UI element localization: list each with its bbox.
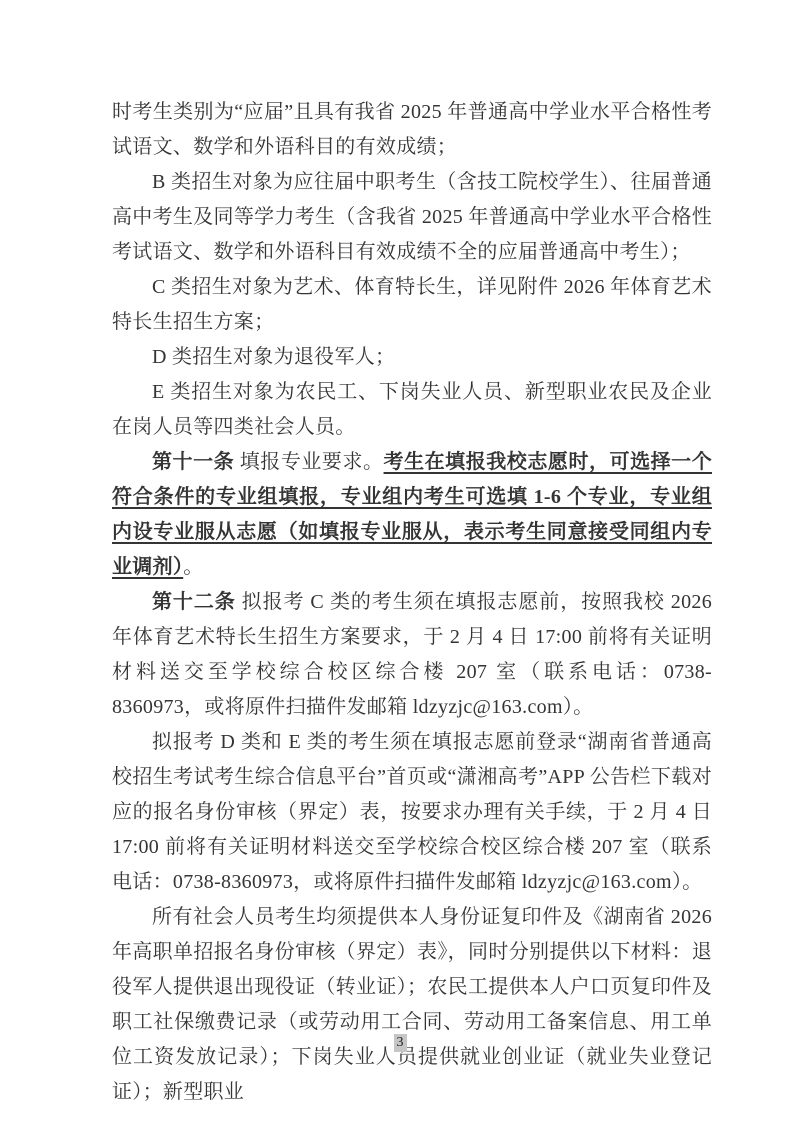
paragraph: 时考生类别为“应届”且具有我省 2025 年普通高中学业水平合格性考试语文、数学… [112,95,712,165]
paragraph: C 类招生对象为艺术、体育特长生，详见附件 2026 年体育艺术特长生招生方案； [112,270,712,340]
text-segment: E 类招生对象为农民工、下岗失业人员、新型职业农民及企业在岗人员等四类社会人员。 [112,381,712,438]
page-number: 3 [394,1034,407,1052]
text-segment: 第十一条 [152,451,234,473]
text-segment: 。 [183,556,203,578]
page-footer: 3 [0,1033,800,1052]
text-segment: 所有社会人员考生均须提供本人身份证复印件及《湖南省 2026 年高职单招报名身份… [112,906,712,1103]
text-segment: 拟报考 D 类和 E 类的考生须在填报志愿前登录“湖南省普通高校招生考试考生综合… [112,731,712,893]
text-segment: 第十二条 [152,591,236,613]
text-segment: D 类招生对象为退役军人； [152,346,395,368]
paragraph: B 类招生对象为应往届中职考生（含技工院校学生）、往届普通高中考生及同等学力考生… [112,165,712,270]
text-segment: C 类招生对象为艺术、体育特长生，详见附件 2026 年体育艺术特长生招生方案； [112,276,712,333]
paragraph: 所有社会人员考生均须提供本人身份证复印件及《湖南省 2026 年高职单招报名身份… [112,900,712,1110]
text-segment: 时考生类别为“应届”且具有我省 2025 年普通高中学业水平合格性考试语文、数学… [112,101,712,158]
paragraph: 拟报考 D 类和 E 类的考生须在填报志愿前登录“湖南省普通高校招生考试考生综合… [112,725,712,900]
paragraph: 第十二条 拟报考 C 类的考生须在填报志愿前，按照我校 2026 年体育艺术特长… [112,585,712,725]
paragraph: D 类招生对象为退役军人； [112,340,712,375]
text-segment: 填报专业要求。 [234,451,383,473]
document-body: 时考生类别为“应届”且具有我省 2025 年普通高中学业水平合格性考试语文、数学… [112,95,712,1110]
paragraph: E 类招生对象为农民工、下岗失业人员、新型职业农民及企业在岗人员等四类社会人员。 [112,375,712,445]
text-segment: B 类招生对象为应往届中职考生（含技工院校学生）、往届普通高中考生及同等学力考生… [112,171,712,263]
paragraph: 第十一条 填报专业要求。考生在填报我校志愿时，可选择一个符合条件的专业组填报，专… [112,445,712,585]
document-page: 时考生类别为“应届”且具有我省 2025 年普通高中学业水平合格性考试语文、数学… [0,0,800,1131]
